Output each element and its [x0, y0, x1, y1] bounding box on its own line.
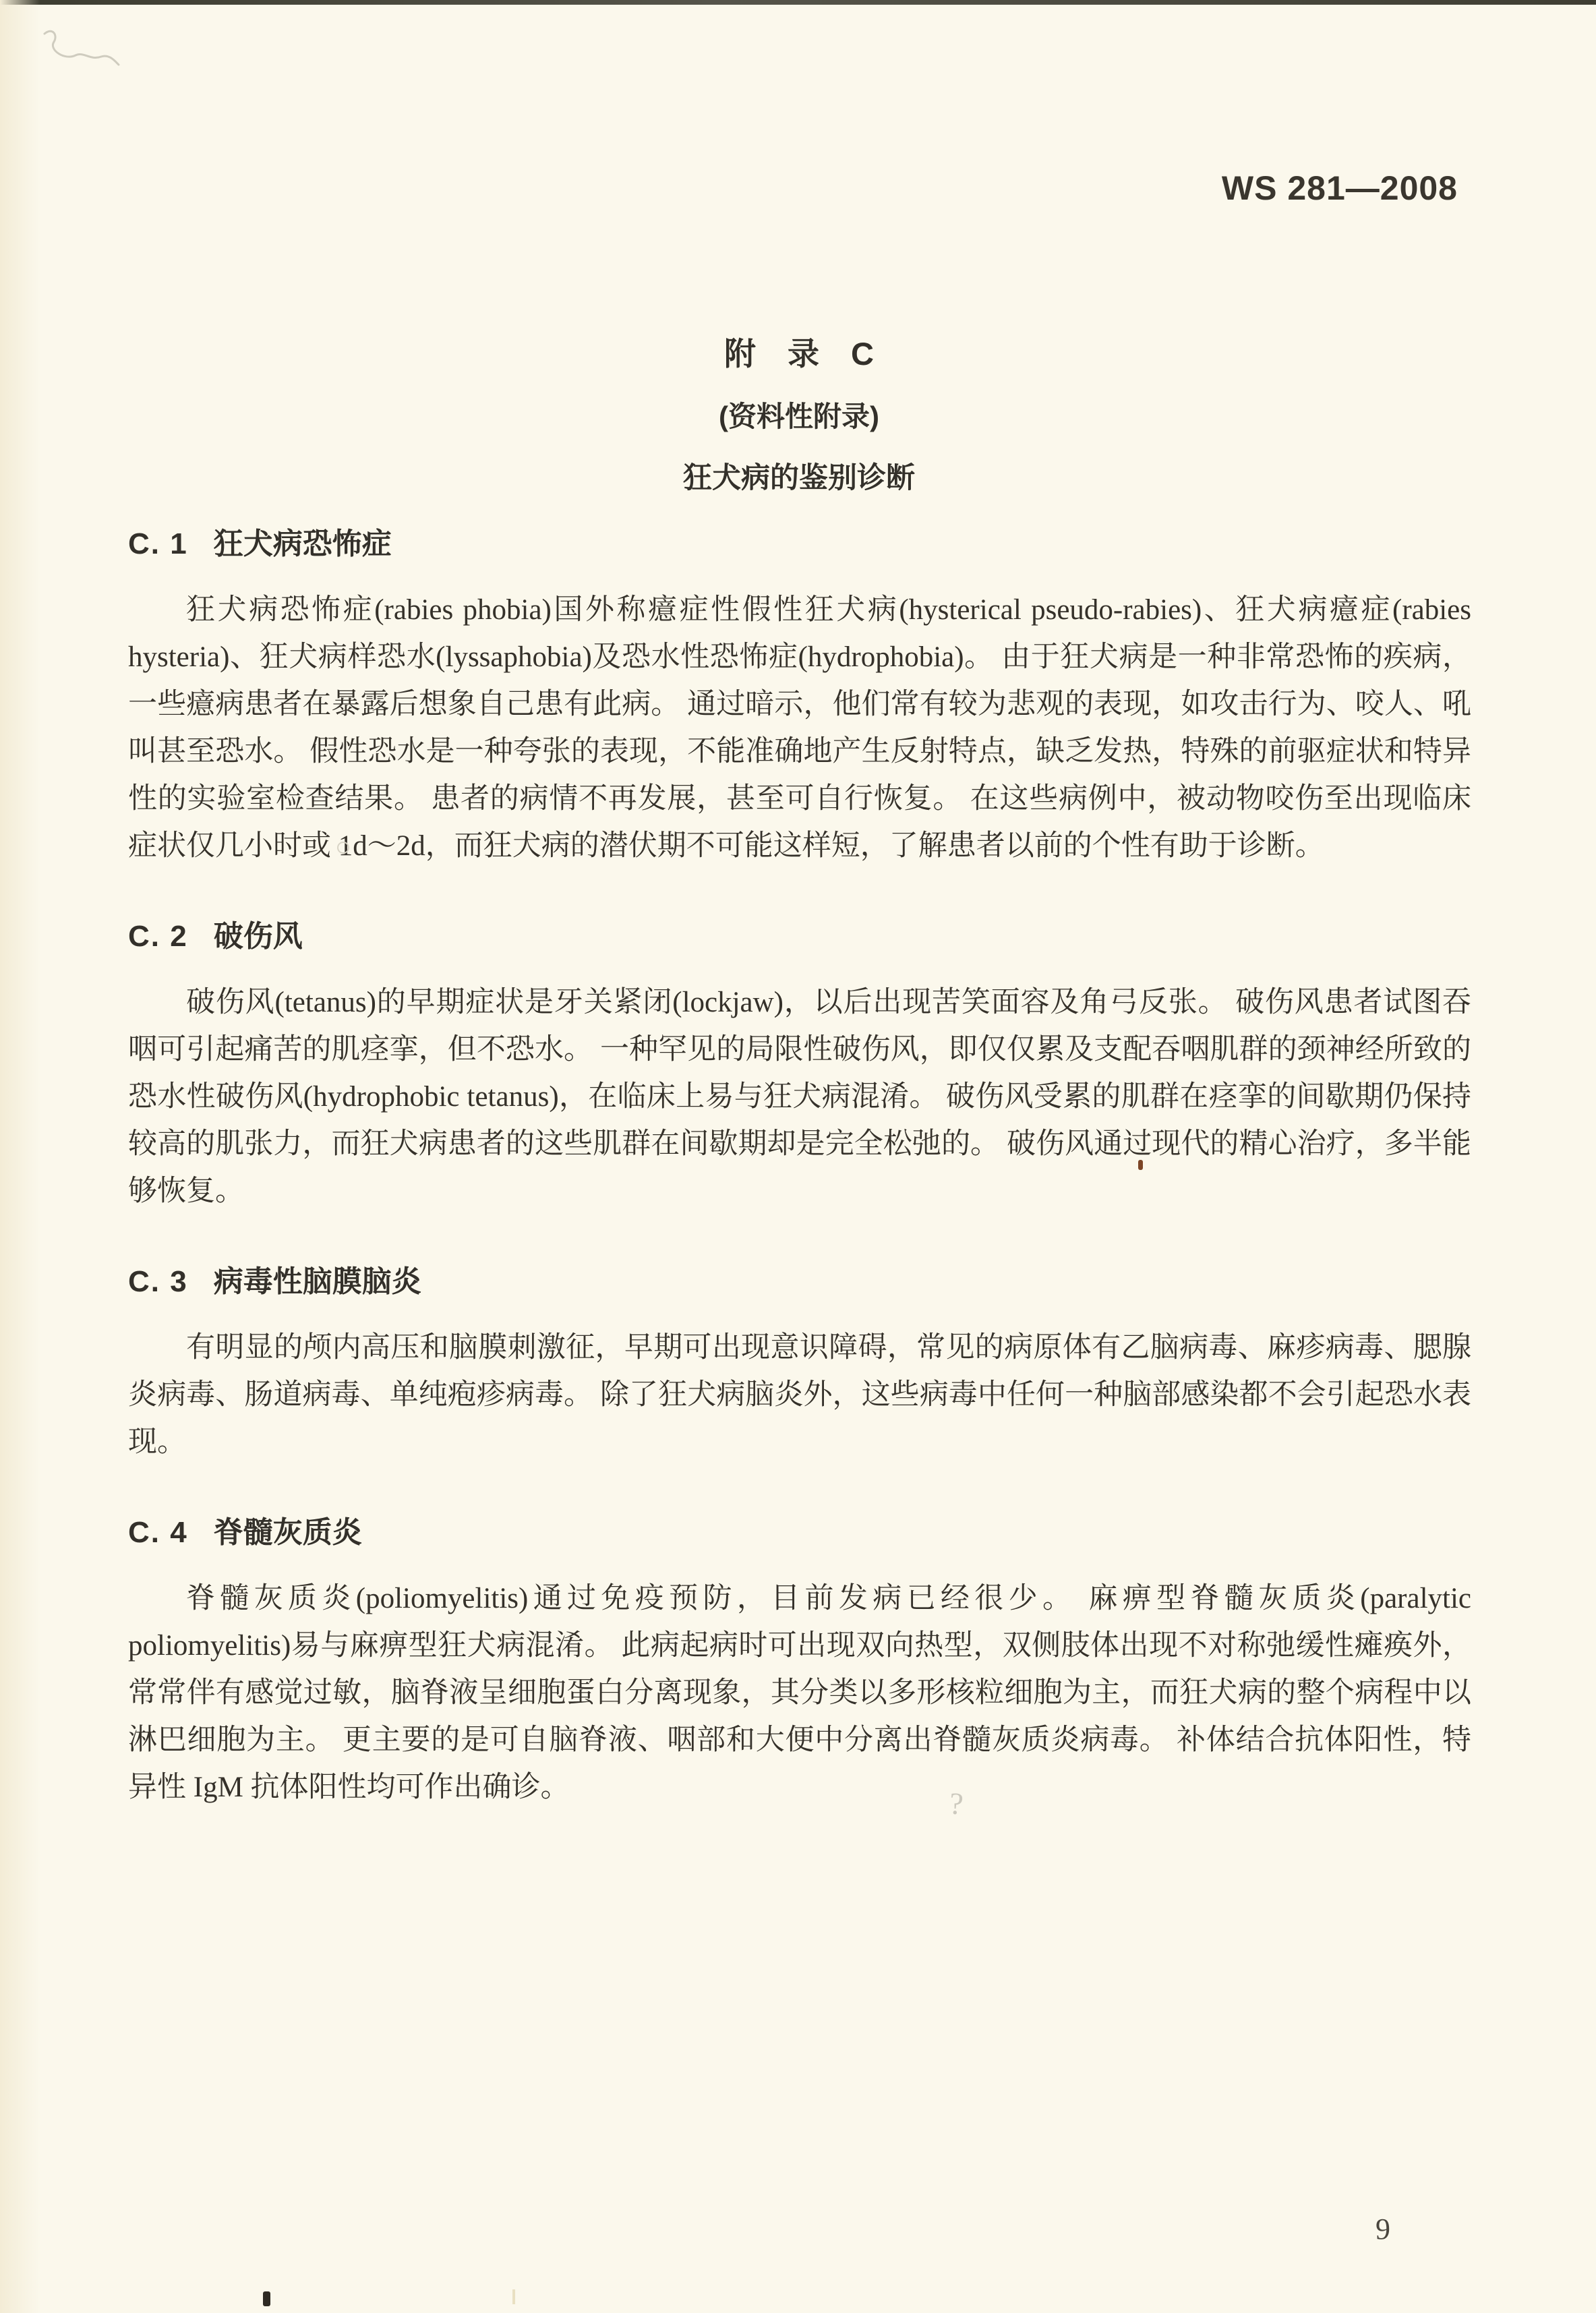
section-paragraph: 狂犬病恐怖症(rabies phobia)国外称癔症性假性狂犬病(hysteri…	[128, 587, 1471, 870]
section-number: C. 3	[128, 1265, 188, 1298]
section-number: C. 2	[128, 920, 188, 953]
section-c4: C. 4脊髓灰质炎 脊髓灰质炎(poliomyelitis)通过免疫预防，目前发…	[128, 1508, 1471, 1811]
section-c1: C. 1狂犬病恐怖症 狂犬病恐怖症(rabies phobia)国外称癔症性假性…	[128, 519, 1471, 870]
section-c3: C. 3病毒性脑膜脑炎 有明显的颅内高压和脑膜刺激征，早期可出现意识障碍，常见的…	[128, 1257, 1471, 1466]
appendix-title-block: 附 录 C (资料性附录) 狂犬病的鉴别诊断	[128, 329, 1470, 496]
standard-code: WS 281—2008	[1222, 169, 1458, 208]
scan-pen-mark: ?	[948, 1785, 964, 1821]
scan-top-edge	[0, 0, 1596, 5]
section-heading: C. 1狂犬病恐怖症	[128, 519, 1471, 562]
scan-speck-light	[512, 2289, 515, 2304]
section-number: C. 1	[128, 527, 188, 560]
section-paragraph: 有明显的颅内高压和脑膜刺激征，早期可出现意识障碍，常见的病原体有乙脑病毒、麻疹病…	[128, 1324, 1471, 1466]
section-paragraph: 脊髓灰质炎(poliomyelitis)通过免疫预防，目前发病已经很少。 麻痹型…	[128, 1575, 1471, 1811]
section-title: 破伤风	[214, 920, 303, 953]
section-number: C. 4	[128, 1516, 188, 1549]
scan-speck-dark	[263, 2291, 270, 2306]
appendix-heading: 狂犬病的鉴别诊断	[128, 455, 1470, 496]
scan-squiggle-artifact	[39, 26, 127, 80]
appendix-title: 附 录 C	[128, 329, 1470, 374]
section-heading: C. 4脊髓灰质炎	[128, 1508, 1471, 1551]
section-title: 狂犬病恐怖症	[214, 527, 392, 560]
section-title: 病毒性脑膜脑炎	[214, 1265, 421, 1298]
section-heading: C. 2破伤风	[128, 912, 1471, 955]
page-number: 9	[1376, 2212, 1390, 2246]
section-heading: C. 3病毒性脑膜脑炎	[128, 1257, 1471, 1300]
scan-speck-faint-circle	[337, 842, 349, 854]
document-page: WS 281—2008 附 录 C (资料性附录) 狂犬病的鉴别诊断 C. 1狂…	[0, 0, 1596, 2313]
section-paragraph: 破伤风(tetanus)的早期症状是牙关紧闭(lockjaw)，以后出现苦笑面容…	[128, 979, 1471, 1215]
appendix-subtitle: (资料性附录)	[128, 394, 1470, 435]
scan-left-edge	[0, 0, 40, 2313]
section-title: 脊髓灰质炎	[214, 1516, 362, 1549]
scan-speck-red	[1138, 1160, 1143, 1170]
section-c2: C. 2破伤风 破伤风(tetanus)的早期症状是牙关紧闭(lockjaw)，…	[128, 912, 1471, 1215]
document-content: C. 1狂犬病恐怖症 狂犬病恐怖症(rabies phobia)国外称癔症性假性…	[128, 519, 1471, 1811]
